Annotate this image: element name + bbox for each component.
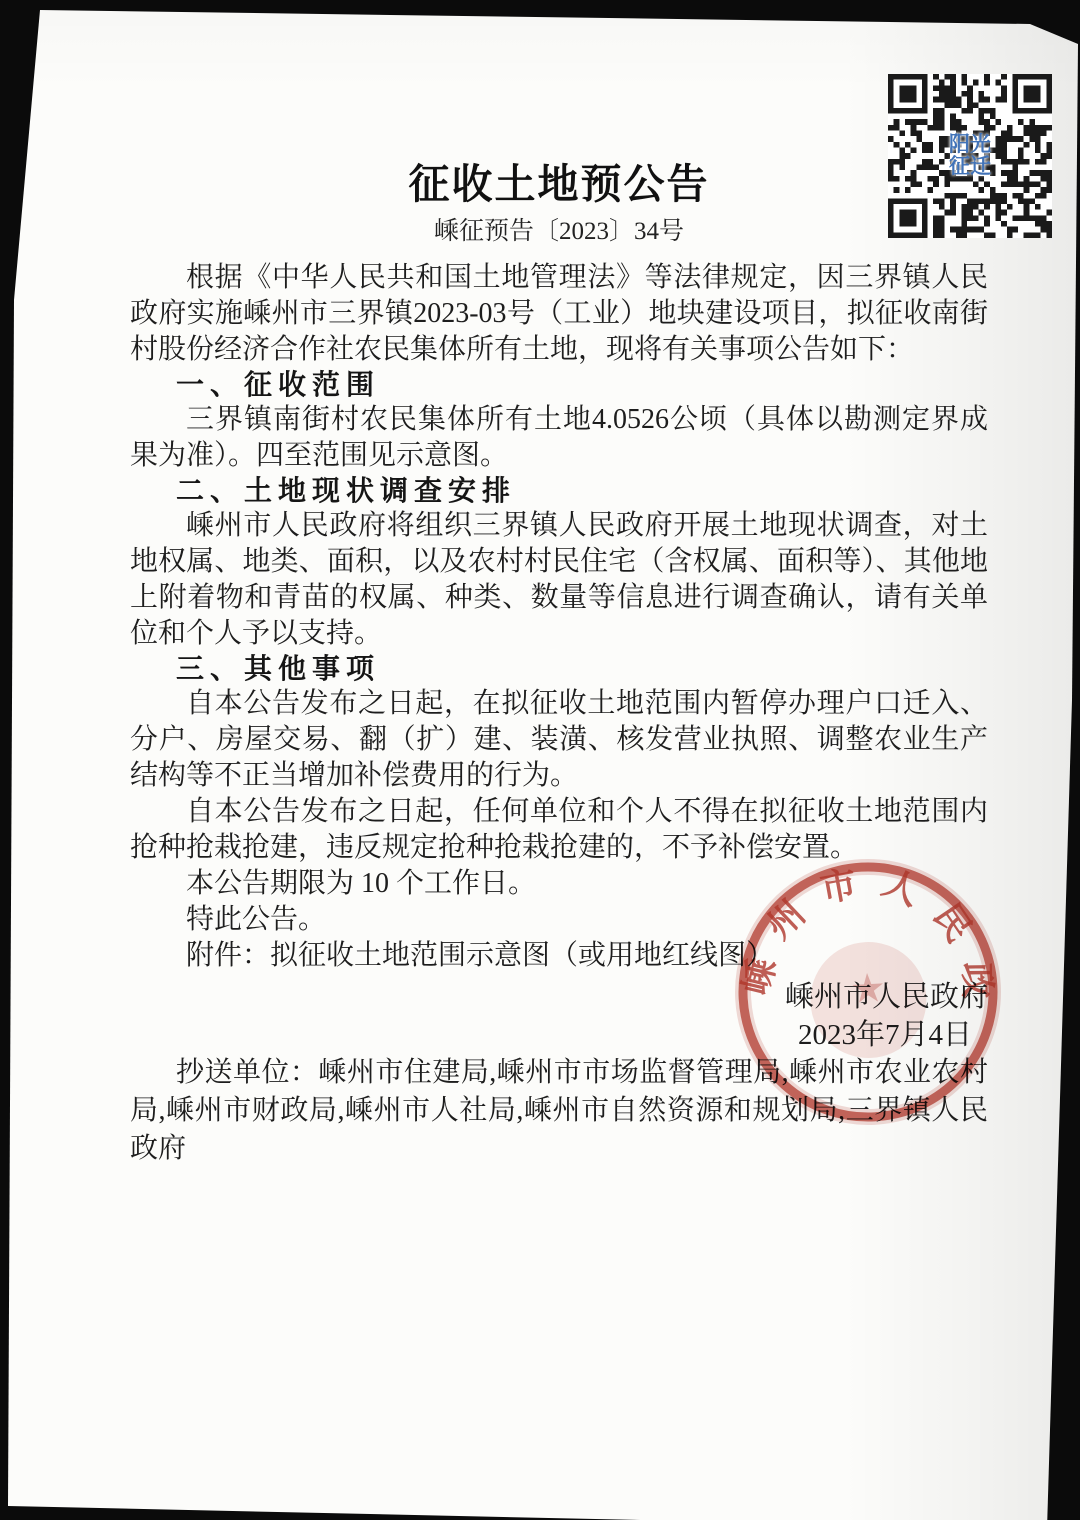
- paragraph-scope: 三界镇南街村农民集体所有土地4.0526公顷（具体以勘测定界成果为准）。四至范围…: [130, 402, 988, 474]
- document-title: 征收土地预公告: [130, 158, 988, 210]
- intro-paragraph: 根据《中华人民共和国土地管理法》等法律规定，因三界镇人民政府实施嵊州市三界镇20…: [130, 260, 988, 368]
- section-heading-survey: 二、土地现状调查安排: [130, 474, 988, 508]
- paragraph-freeze: 自本公告发布之日起，在拟征收土地范围内暂停办理户口迁入、分户、房屋交易、翻（扩）…: [130, 686, 988, 794]
- paragraph-hereby: 特此公告。: [130, 902, 988, 938]
- cc-paragraph: 抄送单位：嵊州市住建局,嵊州市市场监督管理局,嵊州市农业农村局,嵊州市财政局,嵊…: [130, 1054, 988, 1168]
- section-heading-other: 三、其他事项: [130, 652, 988, 686]
- signature-date: 2023年7月4日: [130, 1016, 988, 1054]
- section-heading-scope: 一、征收范围: [130, 368, 988, 402]
- paragraph-attachment: 附件：拟征收土地范围示意图（或用地红线图）: [130, 938, 988, 974]
- paragraph-no-rush: 自本公告发布之日起，任何单位和个人不得在拟征收土地范围内抢种抢栽抢建，违反规定抢…: [130, 794, 988, 866]
- scanned-document: 阳光 征迁 征收土地预公告 嵊征预告〔2023〕34号 根据《中华人民共和国土地…: [0, 0, 1080, 1520]
- qr-label-line1: 阳光: [949, 134, 991, 156]
- document-content: 征收土地预公告 嵊征预告〔2023〕34号 根据《中华人民共和国土地管理法》等法…: [130, 158, 988, 1168]
- signature-name: 嵊州市人民政府: [130, 978, 988, 1016]
- document-number: 嵊征预告〔2023〕34号: [130, 214, 988, 250]
- paragraph-duration: 本公告期限为 10 个工作日。: [130, 866, 988, 902]
- paragraph-survey: 嵊州市人民政府将组织三界镇人民政府开展土地现状调查，对土地权属、地类、面积，以及…: [130, 508, 988, 652]
- document-body: 根据《中华人民共和国土地管理法》等法律规定，因三界镇人民政府实施嵊州市三界镇20…: [130, 260, 988, 974]
